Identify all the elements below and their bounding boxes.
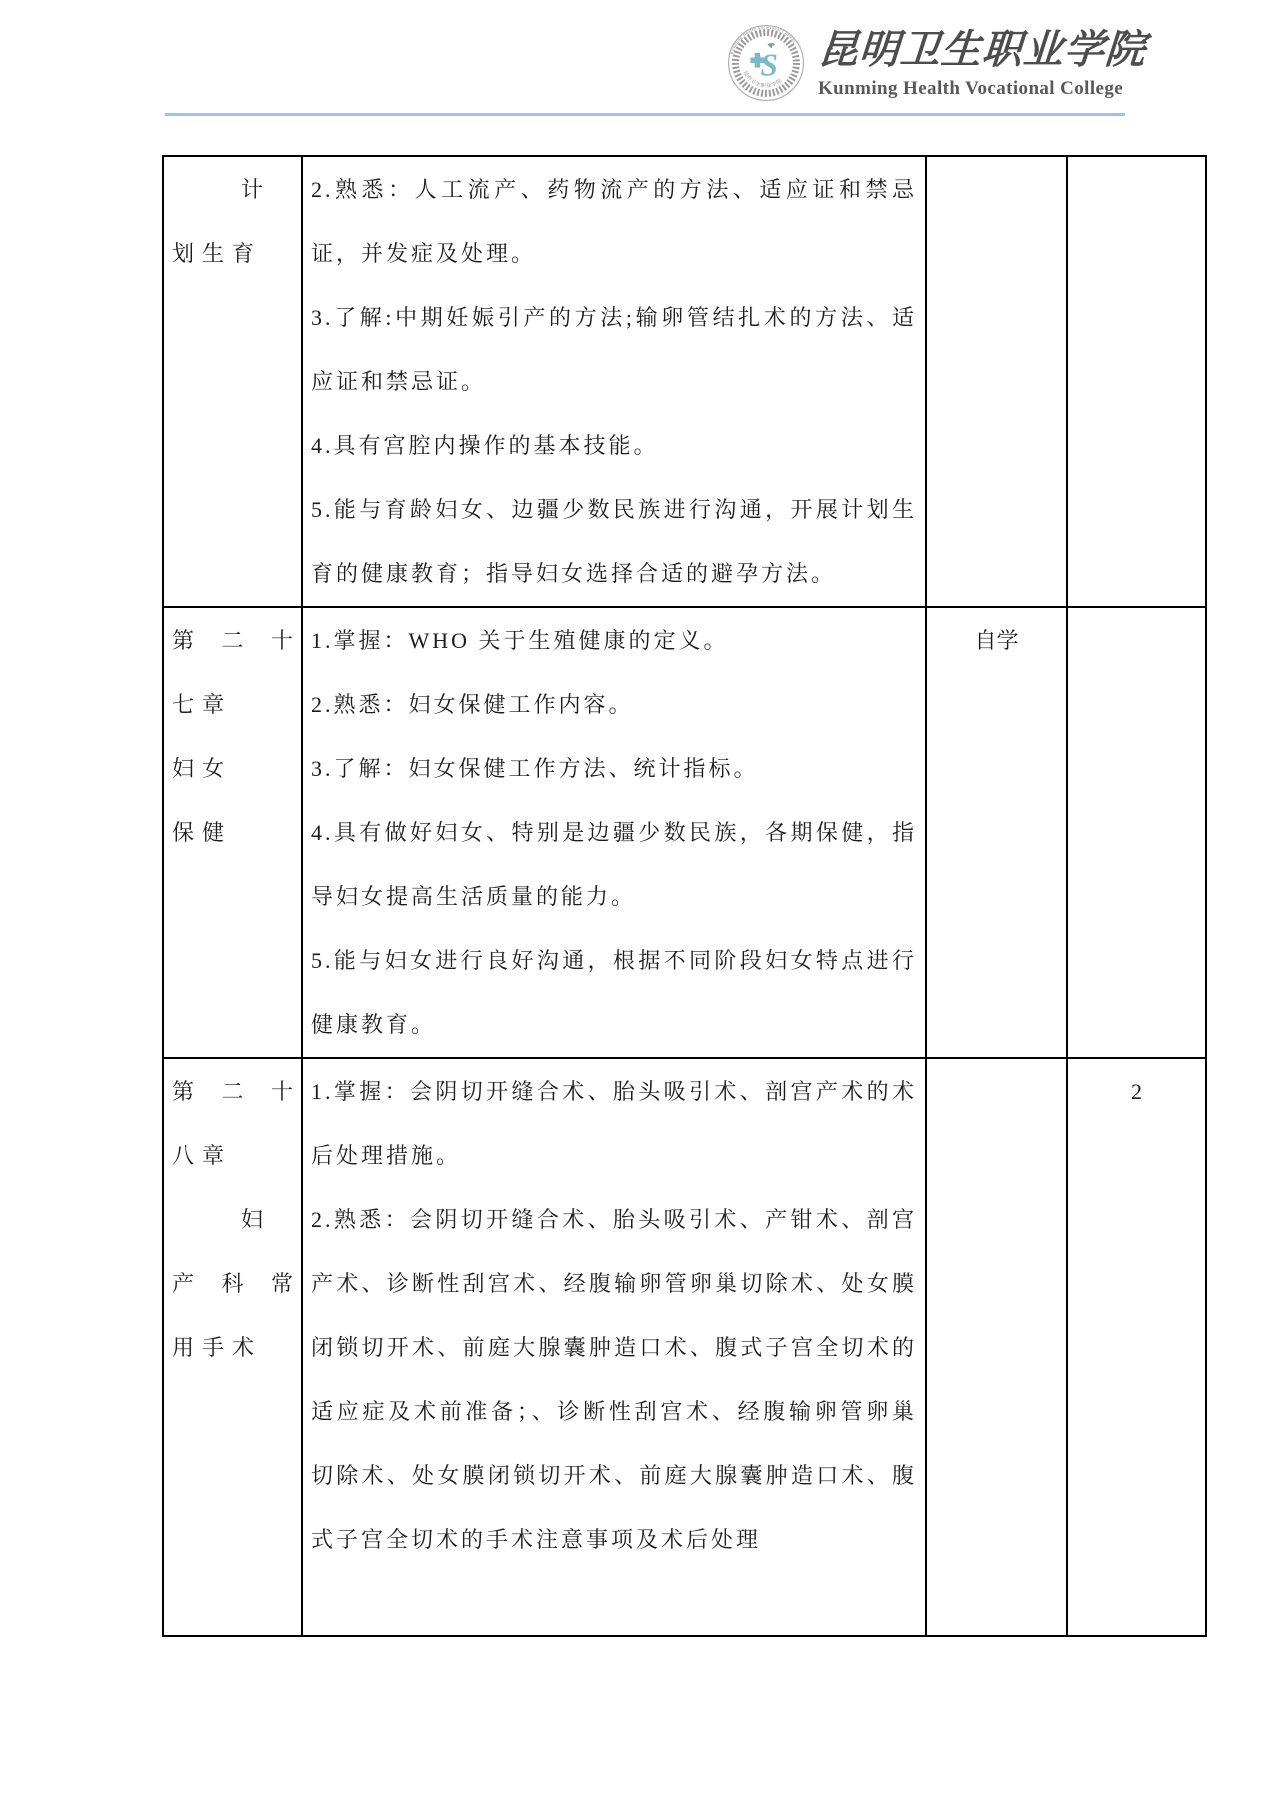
- objective-item: 5.能与妇女进行良好沟通，根据不同阶段妇女特点进行健康教育。: [311, 929, 917, 1057]
- teaching-method-cell: [926, 156, 1067, 607]
- objective-item: 2.熟悉：妇女保健工作内容。: [311, 673, 917, 737]
- chapter-cell: 计 划生育: [163, 156, 302, 607]
- objective-item: 1.掌握：WHO 关于生殖健康的定义。: [311, 609, 917, 673]
- chapter-line: 第二十: [172, 1060, 293, 1124]
- objective-item: 2.熟悉：人工流产、药物流产的方法、适应证和禁忌证，并发症及处理。: [311, 158, 917, 286]
- chapter-line: 妇女: [172, 737, 293, 801]
- objectives-cell: 2.熟悉：人工流产、药物流产的方法、适应证和禁忌证，并发症及处理。 3.了解:中…: [302, 156, 926, 607]
- header-divider-rule: [165, 113, 1125, 116]
- college-name-calligraphy: 昆明卫生职业学院: [816, 24, 1150, 76]
- chapter-line: 妇: [172, 1188, 293, 1252]
- chapter-line: 保健: [172, 801, 293, 865]
- table-row: 第二十 八章 妇 产科常 用手术 1.掌握：会阴切开缝合术、胎头吸引术、剖宫产术…: [163, 1058, 1206, 1636]
- college-seal-logo: Kunming Health Vocational College 昆明卫生职业…: [727, 24, 805, 102]
- chapter-line: 计: [172, 158, 293, 222]
- chapter-line: 第二十: [172, 609, 293, 673]
- chapter-cell: 第二十 八章 妇 产科常 用手术: [163, 1058, 302, 1636]
- chapter-line: 产科常: [172, 1252, 293, 1316]
- teaching-method-cell: 自学: [926, 607, 1067, 1058]
- objective-item: 3.了解：妇女保健工作方法、统计指标。: [311, 737, 917, 801]
- hours-cell: [1067, 607, 1206, 1058]
- objective-item: 3.了解:中期妊娠引产的方法;输卵管结扎术的方法、适应证和禁忌证。: [311, 286, 917, 414]
- page-header: Kunming Health Vocational College 昆明卫生职业…: [0, 0, 1274, 120]
- objectives-cell: 1.掌握：会阴切开缝合术、胎头吸引术、剖宫产术的术后处理措施。 2.熟悉：会阴切…: [302, 1058, 926, 1636]
- chapter-line: 八章: [172, 1124, 293, 1188]
- objective-item: 5.能与育龄妇女、边疆少数民族进行沟通，开展计划生育的健康教育；指导妇女选择合适…: [311, 478, 917, 606]
- table-row: 计 划生育 2.熟悉：人工流产、药物流产的方法、适应证和禁忌证，并发症及处理。 …: [163, 156, 1206, 607]
- chapter-line: 用手术: [172, 1316, 293, 1380]
- hours-cell: 2: [1067, 1058, 1206, 1636]
- syllabus-table: 计 划生育 2.熟悉：人工流产、药物流产的方法、适应证和禁忌证，并发症及处理。 …: [162, 155, 1207, 1637]
- chapter-line: 划生育: [172, 222, 293, 286]
- document-page: { "header": { "college_name_calligraphy"…: [0, 0, 1274, 1801]
- objective-item: 4.具有做好妇女、特别是边疆少数民族，各期保健，指导妇女提高生活质量的能力。: [311, 801, 917, 929]
- objective-item: 4.具有宫腔内操作的基本技能。: [311, 414, 917, 478]
- chapter-cell: 第二十 七章 妇女 保健: [163, 607, 302, 1058]
- dragon-s-monogram: S: [761, 47, 778, 82]
- objective-item: 2.熟悉：会阴切开缝合术、胎头吸引术、产钳术、剖宫产术、诊断性刮宫术、经腹输卵管…: [311, 1188, 917, 1572]
- chapter-line: 七章: [172, 673, 293, 737]
- college-name-english: Kunming Health Vocational College: [818, 78, 1148, 100]
- hours-cell: [1067, 156, 1206, 607]
- objective-item: 1.掌握：会阴切开缝合术、胎头吸引术、剖宫产术的术后处理措施。: [311, 1060, 917, 1188]
- college-brand: 昆明卫生职业学院 Kunming Health Vocational Colle…: [818, 24, 1148, 100]
- teaching-method-cell: [926, 1058, 1067, 1636]
- table-row: 第二十 七章 妇女 保健 1.掌握：WHO 关于生殖健康的定义。 2.熟悉：妇女…: [163, 607, 1206, 1058]
- objectives-cell: 1.掌握：WHO 关于生殖健康的定义。 2.熟悉：妇女保健工作内容。 3.了解：…: [302, 607, 926, 1058]
